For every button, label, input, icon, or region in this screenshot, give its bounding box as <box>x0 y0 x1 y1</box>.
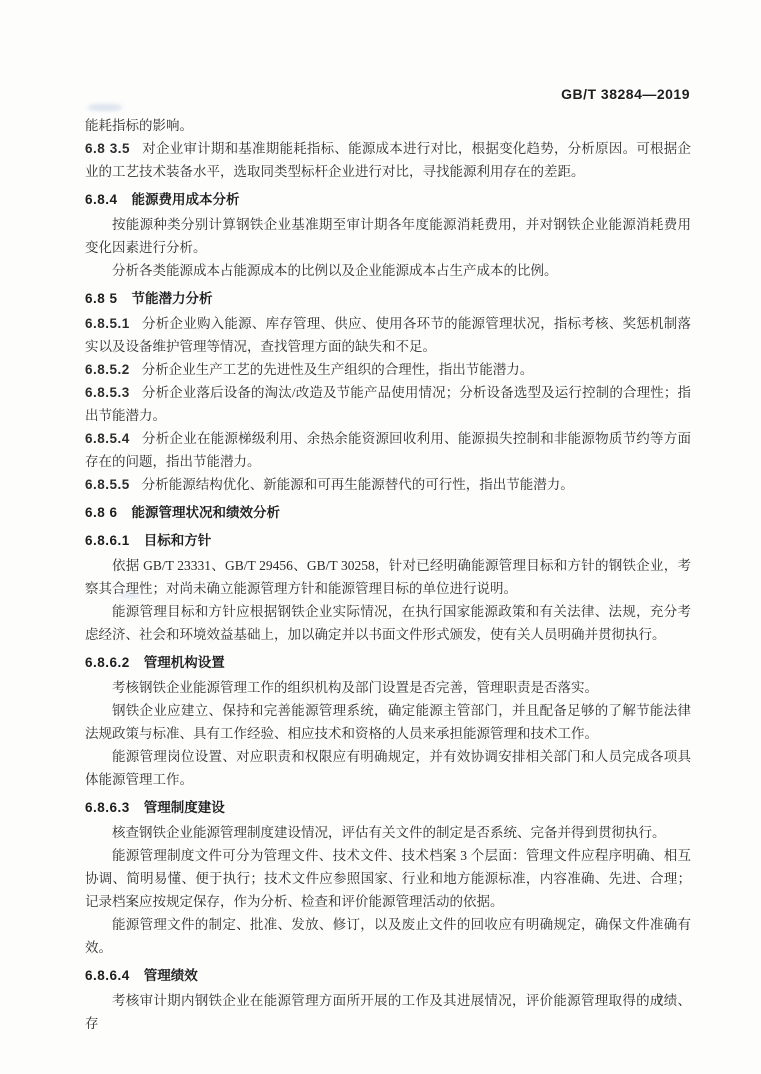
body-paragraph: 按能源种类分别计算钢铁企业基准期至审计期各年度能源消耗费用，并对钢铁企业能源消耗… <box>85 213 691 259</box>
clause-number: 6.8.5.3 <box>85 385 130 400</box>
body-paragraph: 考核审计期内钢铁企业在能源管理方面所开展的工作及其进展情况，评价能源管理取得的成… <box>85 989 691 1035</box>
body-paragraph: 考核钢铁企业能源管理工作的组织机构及部门设置是否完善，管理职责是否落实。 <box>85 676 691 699</box>
section-title: 能源管理状况和绩效分析 <box>132 505 281 520</box>
section-heading: 6.8.6.4管理绩效 <box>85 964 691 987</box>
body-paragraph: 能源管理制度文件可分为管理文件、技术文件、技术档案 3 个层面：管理文件应程序明… <box>85 844 691 913</box>
clause-text: 分析能源结构优化、新能源和可再生能源替代的可行性，指出节能潜力。 <box>142 477 574 492</box>
section-number: 6.8.6.4 <box>85 968 130 983</box>
clause-text: 分析企业落后设备的淘汰/改造及节能产品使用情况；分析设备选型及运行控制的合理性；… <box>85 385 691 423</box>
clause-text: 分析企业在能源梯级利用、余热余能资源回收利用、能源损失控制和非能源物质节约等方面… <box>85 431 691 469</box>
section-number: 6.8 5 <box>85 291 118 306</box>
section-title: 管理机构设置 <box>144 655 225 670</box>
scan-smudge <box>88 104 122 111</box>
clause-number: 6.8.5.1 <box>85 316 130 331</box>
clause-number: 6.8.5.4 <box>85 431 130 446</box>
body-paragraph: 能源管理文件的制定、批准、发放、修订，以及废止文件的回收应有明确规定，确保文件准… <box>85 913 691 959</box>
page-number: 7 <box>657 994 663 1009</box>
section-heading: 6.8.6.1目标和方针 <box>85 529 691 552</box>
body-paragraph: 依据 GB/T 23331、GB/T 29456、GB/T 30258，针对已经… <box>85 554 691 600</box>
section-heading: 6.8.6.3管理制度建设 <box>85 796 691 819</box>
section-number: 6.8.6.1 <box>85 533 130 548</box>
section-heading: 6.8 6能源管理状况和绩效分析 <box>85 501 691 524</box>
body-paragraph: 能耗指标的影响。 <box>85 114 691 137</box>
section-number: 6.8 6 <box>85 505 118 520</box>
body-paragraph: 钢铁企业应建立、保持和完善能源管理系统，确定能源主管部门，并且配备足够的了解节能… <box>85 699 691 745</box>
section-title: 目标和方针 <box>144 533 212 548</box>
section-title: 管理制度建设 <box>144 800 225 815</box>
clause-paragraph: 6.8 3.5对企业审计期和基准期能耗指标、能源成本进行对比，根据变化趋势，分析… <box>85 137 691 183</box>
section-heading: 6.8.4能源费用成本分析 <box>85 188 691 211</box>
clause-paragraph: 6.8.5.1分析企业购入能源、库存管理、供应、使用各环节的能源管理状况，指标考… <box>85 312 691 358</box>
clause-paragraph: 6.8.5.2分析企业生产工艺的先进性及生产组织的合理性，指出节能潜力。 <box>85 358 691 381</box>
clause-number: 6.8 3.5 <box>85 141 130 156</box>
body-paragraph: 能源管理岗位设置、对应职责和权限应有明确规定，并有效协调安排相关部门和人员完成各… <box>85 745 691 791</box>
standard-code-header: GB/T 38284—2019 <box>561 86 690 102</box>
clause-number: 6.8.5.2 <box>85 362 130 377</box>
clause-text: 分析企业生产工艺的先进性及生产组织的合理性，指出节能潜力。 <box>142 362 534 377</box>
clause-paragraph: 6.8.5.4分析企业在能源梯级利用、余热余能资源回收利用、能源损失控制和非能源… <box>85 427 691 473</box>
section-title: 管理绩效 <box>144 968 198 983</box>
clause-number: 6.8.5.5 <box>85 477 130 492</box>
clause-text: 分析企业购入能源、库存管理、供应、使用各环节的能源管理状况，指标考核、奖惩机制落… <box>85 316 691 354</box>
body-paragraph: 分析各类能源成本占能源成本的比例以及企业能源成本占生产成本的比例。 <box>85 259 691 282</box>
body-paragraph: 能源管理目标和方针应根据钢铁企业实际情况，在执行国家能源政策和有关法律、法规，充… <box>85 600 691 646</box>
section-heading: 6.8 5节能潜力分析 <box>85 287 691 310</box>
section-number: 6.8.6.3 <box>85 800 130 815</box>
section-title: 能源费用成本分析 <box>132 192 240 207</box>
section-heading: 6.8.6.2管理机构设置 <box>85 651 691 674</box>
clause-paragraph: 6.8.5.3分析企业落后设备的淘汰/改造及节能产品使用情况；分析设备选型及运行… <box>85 381 691 427</box>
document-body: 能耗指标的影响。6.8 3.5对企业审计期和基准期能耗指标、能源成本进行对比，根… <box>85 114 691 1035</box>
standard-document-page: GB/T 38284—2019 能耗指标的影响。6.8 3.5对企业审计期和基准… <box>0 0 761 1074</box>
section-number: 6.8.4 <box>85 192 118 207</box>
clause-text: 对企业审计期和基准期能耗指标、能源成本进行对比，根据变化趋势，分析原因。可根据企… <box>85 141 691 179</box>
section-number: 6.8.6.2 <box>85 655 130 670</box>
body-paragraph: 核查钢铁企业能源管理制度建设情况，评估有关文件的制定是否系统、完备并得到贯彻执行… <box>85 821 691 844</box>
clause-paragraph: 6.8.5.5分析能源结构优化、新能源和可再生能源替代的可行性，指出节能潜力。 <box>85 473 691 496</box>
section-title: 节能潜力分析 <box>132 291 213 306</box>
